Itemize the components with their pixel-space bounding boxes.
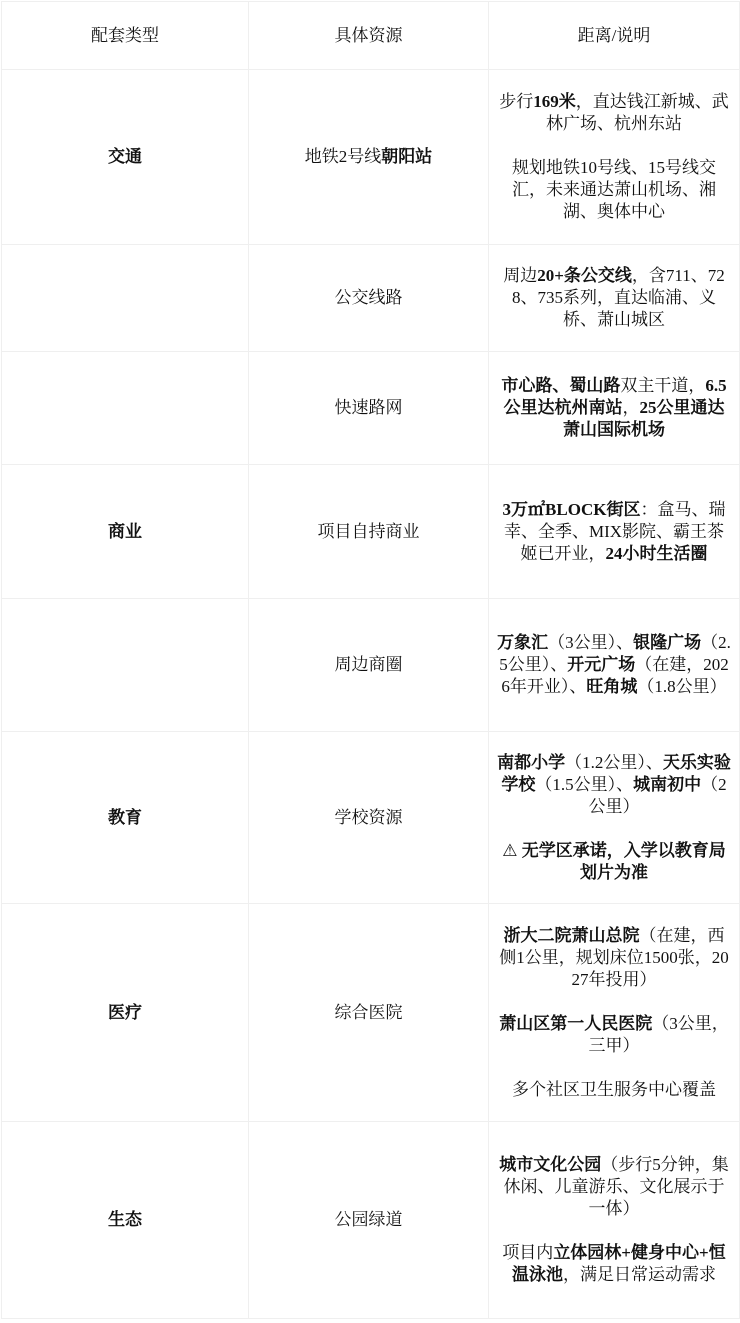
bold-text: 市心路、蜀山路 bbox=[501, 376, 620, 395]
details-cell: 城市文化公园（步行5分钟，集休闲、儿童游乐、文化展示于一体）项目内立体园林+健身… bbox=[489, 1122, 740, 1319]
column-header-resource: 具体资源 bbox=[249, 2, 489, 70]
resource-cell: 项目自持商业 bbox=[249, 465, 489, 599]
details-paragraph: 城市文化公园（步行5分钟，集休闲、儿童游乐、文化展示于一体） bbox=[497, 1154, 731, 1220]
bold-text: 萧山区第一人民医院 bbox=[499, 1014, 652, 1033]
table-row: 生态公园绿道城市文化公园（步行5分钟，集休闲、儿童游乐、文化展示于一体）项目内立… bbox=[2, 1122, 740, 1319]
header-row: 配套类型 具体资源 距离/说明 bbox=[2, 2, 740, 70]
bold-text: 20+条公交线 bbox=[537, 266, 632, 285]
details-cell: 步行169米，直达钱江新城、武林广场、杭州东站规划地铁10号线、15号线交汇，未… bbox=[489, 70, 740, 245]
table-row: 医疗综合医院浙大二院萧山总院（在建，西侧1公里，规划床位1500张，2027年投… bbox=[2, 904, 740, 1122]
bold-text: 南都小学 bbox=[497, 753, 565, 772]
plain-text: 综合医院 bbox=[335, 1003, 403, 1022]
plain-text: 周边 bbox=[503, 266, 537, 285]
plain-text: 双主干道， bbox=[620, 376, 705, 395]
bold-text: 城南初中 bbox=[633, 775, 701, 794]
details-cell: 万象汇（3公里）、银隆广场（2.5公里）、开元广场（在建，2026年开业）、旺角… bbox=[489, 599, 740, 732]
resource-cell: 公园绿道 bbox=[249, 1122, 489, 1319]
category-label: 教育 bbox=[108, 808, 142, 827]
category-cell: 医疗 bbox=[2, 904, 249, 1122]
plain-text: ⚠ bbox=[502, 841, 522, 860]
details-paragraph: 周边20+条公交线，含711、728、735系列，直达临浦、义桥、萧山城区 bbox=[497, 265, 731, 331]
details-paragraph: 步行169米，直达钱江新城、武林广场、杭州东站 bbox=[497, 91, 731, 135]
table-row: 教育学校资源南都小学（1.2公里）、天乐实验学校（1.5公里）、城南初中（2公里… bbox=[2, 732, 740, 904]
category-label: 生态 bbox=[108, 1210, 142, 1229]
category-label: 交通 bbox=[108, 147, 142, 166]
details-paragraph: 多个社区卫生服务中心覆盖 bbox=[497, 1079, 731, 1101]
details-paragraph: 南都小学（1.2公里）、天乐实验学校（1.5公里）、城南初中（2公里） bbox=[497, 752, 731, 818]
details-cell: 南都小学（1.2公里）、天乐实验学校（1.5公里）、城南初中（2公里）⚠ 无学区… bbox=[489, 732, 740, 904]
resource-cell: 综合医院 bbox=[249, 904, 489, 1122]
details-cell: 浙大二院萧山总院（在建，西侧1公里，规划床位1500张，2027年投用）萧山区第… bbox=[489, 904, 740, 1122]
category-cell: 商业 bbox=[2, 465, 249, 599]
details-paragraph: 浙大二院萧山总院（在建，西侧1公里，规划床位1500张，2027年投用） bbox=[497, 925, 731, 991]
table-row: 公交线路周边20+条公交线，含711、728、735系列，直达临浦、义桥、萧山城… bbox=[2, 245, 740, 352]
resource-cell: 地铁2号线朝阳站 bbox=[249, 70, 489, 245]
details-cell: 3万㎡BLOCK街区：盒马、瑞幸、全季、MIX影院、霸王茶姬已开业，24小时生活… bbox=[489, 465, 740, 599]
category-label: 医疗 bbox=[108, 1003, 142, 1022]
bold-text: 旺角城 bbox=[586, 677, 637, 696]
category-label: 商业 bbox=[108, 522, 142, 541]
plain-text: 快速路网 bbox=[335, 398, 403, 417]
column-header-distance: 距离/说明 bbox=[489, 2, 740, 70]
details-paragraph: 规划地铁10号线、15号线交汇，未来通达萧山机场、湘湖、奥体中心 bbox=[497, 157, 731, 223]
bold-text: 无学区承诺，入学以教育局划片为准 bbox=[522, 841, 726, 882]
resource-cell: 学校资源 bbox=[249, 732, 489, 904]
details-paragraph: ⚠ 无学区承诺，入学以教育局划片为准 bbox=[497, 840, 731, 884]
details-cell: 市心路、蜀山路双主干道，6.5公里达杭州南站，25公里通达萧山国际机场 bbox=[489, 352, 740, 465]
column-header-category: 配套类型 bbox=[2, 2, 249, 70]
plain-text: （1.5公里）、 bbox=[535, 775, 633, 794]
plain-text: 学校资源 bbox=[335, 808, 403, 827]
details-paragraph: 市心路、蜀山路双主干道，6.5公里达杭州南站，25公里通达萧山国际机场 bbox=[497, 375, 731, 441]
table-row: 周边商圈万象汇（3公里）、银隆广场（2.5公里）、开元广场（在建，2026年开业… bbox=[2, 599, 740, 732]
category-cell bbox=[2, 352, 249, 465]
bold-text: 朝阳站 bbox=[381, 147, 432, 166]
plain-text: （1.8公里） bbox=[637, 677, 726, 696]
bold-text: 银隆广场 bbox=[633, 633, 701, 652]
category-cell bbox=[2, 245, 249, 352]
category-cell: 交通 bbox=[2, 70, 249, 245]
table-row: 快速路网市心路、蜀山路双主干道，6.5公里达杭州南站，25公里通达萧山国际机场 bbox=[2, 352, 740, 465]
plain-text: 项目内 bbox=[502, 1243, 553, 1262]
bold-text: 24小时生活圈 bbox=[606, 544, 708, 563]
plain-text: 地铁2号线 bbox=[305, 147, 382, 166]
details-paragraph: 项目内立体园林+健身中心+恒温泳池，满足日常运动需求 bbox=[497, 1242, 731, 1286]
plain-text: 多个社区卫生服务中心覆盖 bbox=[512, 1080, 716, 1099]
details-paragraph: 萧山区第一人民医院（3公里，三甲） bbox=[497, 1013, 731, 1057]
plain-text: 周边商圈 bbox=[335, 655, 403, 674]
category-cell bbox=[2, 599, 249, 732]
plain-text: 公园绿道 bbox=[335, 1210, 403, 1229]
table-row: 交通地铁2号线朝阳站步行169米，直达钱江新城、武林广场、杭州东站规划地铁10号… bbox=[2, 70, 740, 245]
plain-text: （1.2公里）、 bbox=[565, 753, 663, 772]
details-paragraph: 万象汇（3公里）、银隆广场（2.5公里）、开元广场（在建，2026年开业）、旺角… bbox=[497, 632, 731, 698]
details-cell: 周边20+条公交线，含711、728、735系列，直达临浦、义桥、萧山城区 bbox=[489, 245, 740, 352]
category-cell: 教育 bbox=[2, 732, 249, 904]
plain-text: （3公里）、 bbox=[548, 633, 633, 652]
plain-text: 公交线路 bbox=[335, 288, 403, 307]
category-cell: 生态 bbox=[2, 1122, 249, 1319]
table-row: 商业项目自持商业3万㎡BLOCK街区：盒马、瑞幸、全季、MIX影院、霸王茶姬已开… bbox=[2, 465, 740, 599]
bold-text: 城市文化公园 bbox=[499, 1155, 601, 1174]
table-body: 交通地铁2号线朝阳站步行169米，直达钱江新城、武林广场、杭州东站规划地铁10号… bbox=[2, 70, 740, 1319]
bold-text: 3万㎡BLOCK街区 bbox=[503, 500, 641, 519]
plain-text: ，满足日常运动需求 bbox=[563, 1265, 716, 1284]
plain-text: 规划地铁10号线、15号线交汇，未来通达萧山机场、湘湖、奥体中心 bbox=[512, 158, 716, 221]
bold-text: 浙大二院萧山总院 bbox=[504, 926, 640, 945]
details-paragraph: 3万㎡BLOCK街区：盒马、瑞幸、全季、MIX影院、霸王茶姬已开业，24小时生活… bbox=[497, 499, 731, 565]
resource-cell: 周边商圈 bbox=[249, 599, 489, 732]
resource-cell: 快速路网 bbox=[249, 352, 489, 465]
bold-text: 开元广场 bbox=[567, 655, 635, 674]
amenity-table: 配套类型 具体资源 距离/说明 交通地铁2号线朝阳站步行169米，直达钱江新城、… bbox=[1, 1, 740, 1319]
plain-text: 项目自持商业 bbox=[318, 522, 420, 541]
plain-text: 步行 bbox=[499, 92, 533, 111]
plain-text: ， bbox=[623, 398, 640, 417]
bold-text: 169米 bbox=[533, 92, 576, 111]
table-header: 配套类型 具体资源 距离/说明 bbox=[2, 2, 740, 70]
resource-cell: 公交线路 bbox=[249, 245, 489, 352]
bold-text: 万象汇 bbox=[497, 633, 548, 652]
